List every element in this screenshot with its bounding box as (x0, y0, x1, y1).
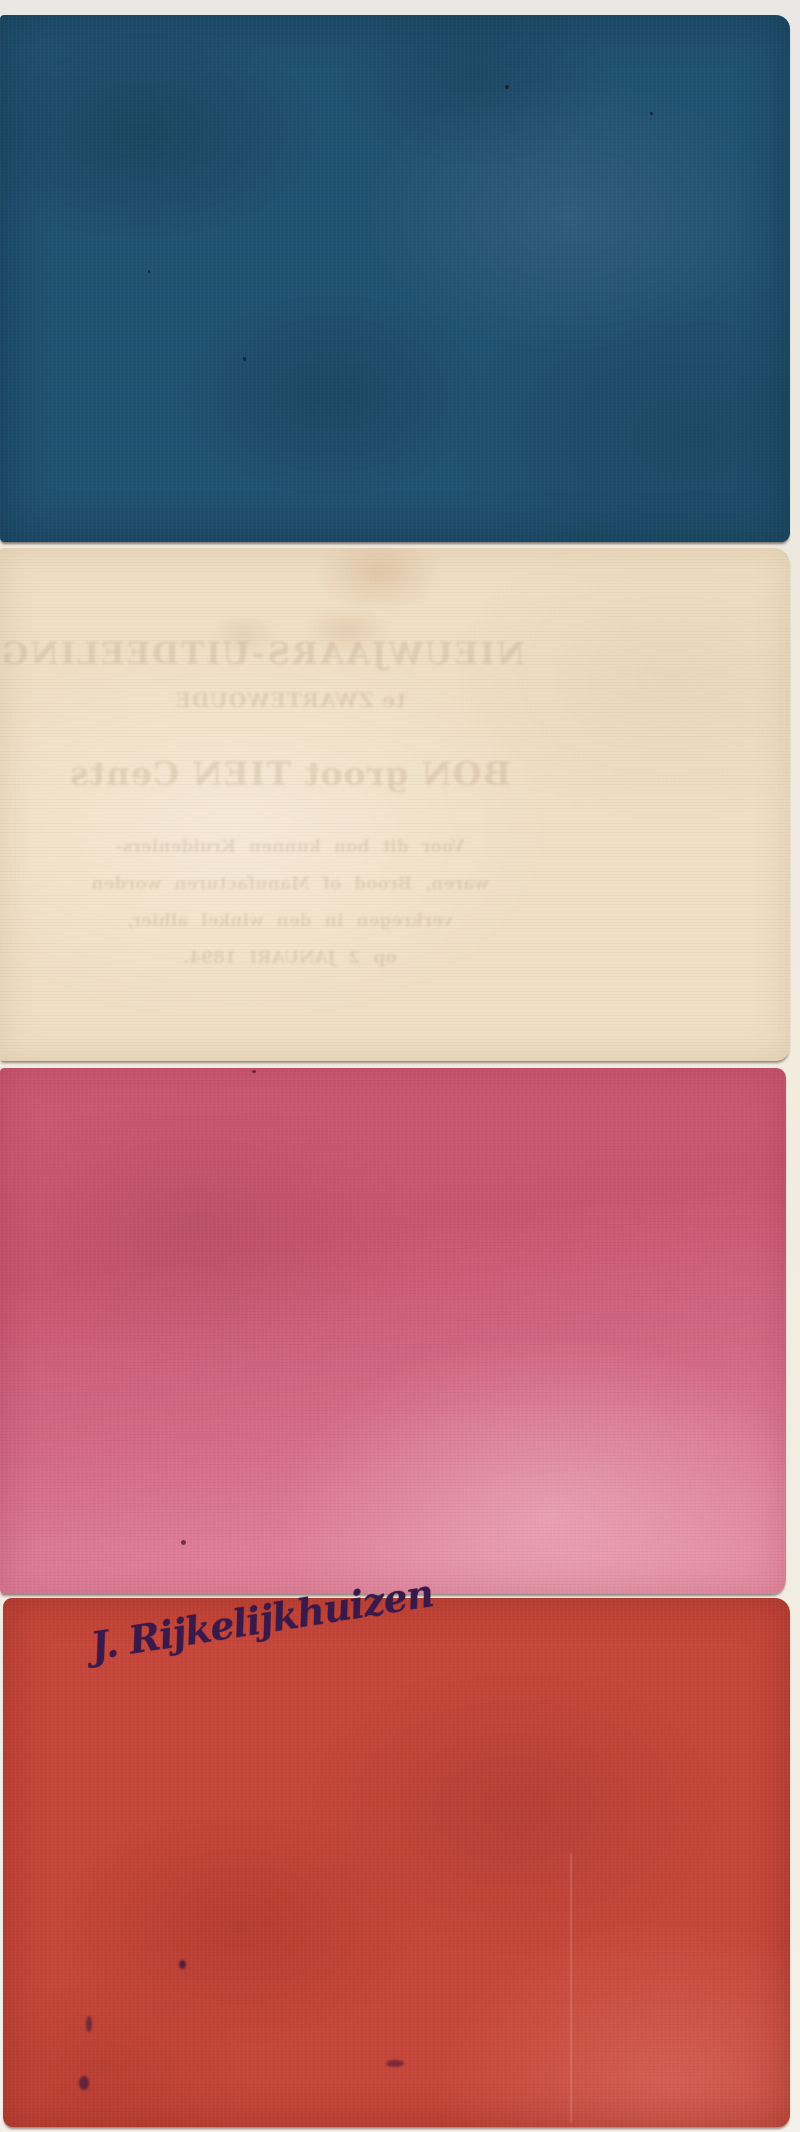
paper-speck (181, 1540, 186, 1545)
paper-speck (148, 270, 150, 273)
ink-smudge (386, 2060, 404, 2067)
edge-nick (252, 1070, 256, 1073)
blue-voucher-card (0, 15, 790, 542)
paper-grain (0, 15, 790, 542)
show-through-text: NIEUWJAARS-UITDEELING te ZWARTEWOUDE BON… (55, 636, 525, 977)
red-voucher-card: J. Rijkelijkhuizen (3, 1598, 790, 2127)
cream-voucher-card: NIEUWJAARS-UITDEELING te ZWARTEWOUDE BON… (0, 548, 790, 1061)
paper-crease (570, 1853, 572, 2123)
show-through-heading3: BON groot TIEN Cents (55, 754, 525, 793)
paper-grain (0, 1068, 786, 1594)
paper-speck (243, 357, 246, 361)
show-through-line: verkregen in den winkel alhier, (55, 903, 525, 940)
paper-speck (505, 85, 509, 89)
scanned-sheet: NIEUWJAARS-UITDEELING te ZWARTEWOUDE BON… (0, 0, 800, 2132)
ink-blot (179, 1960, 186, 1969)
pink-voucher-card (0, 1068, 786, 1594)
show-through-heading1: NIEUWJAARS-UITDEELING (55, 636, 525, 672)
show-through-line: waren, Brood of Manufacturen worden (55, 866, 525, 903)
show-through-line: Voor dit bon kunnen Kruideniers- (55, 829, 525, 866)
paper-grain (3, 1598, 790, 2127)
ink-blot (86, 2016, 92, 2032)
ink-blot (79, 2076, 89, 2090)
show-through-paragraph: Voor dit bon kunnen Kruideniers- waren, … (55, 829, 525, 977)
show-through-heading2: te ZWARTEWOUDE (55, 688, 525, 712)
paper-speck (650, 112, 653, 115)
show-through-line: op 2 JANUARI 1894. (55, 940, 525, 977)
